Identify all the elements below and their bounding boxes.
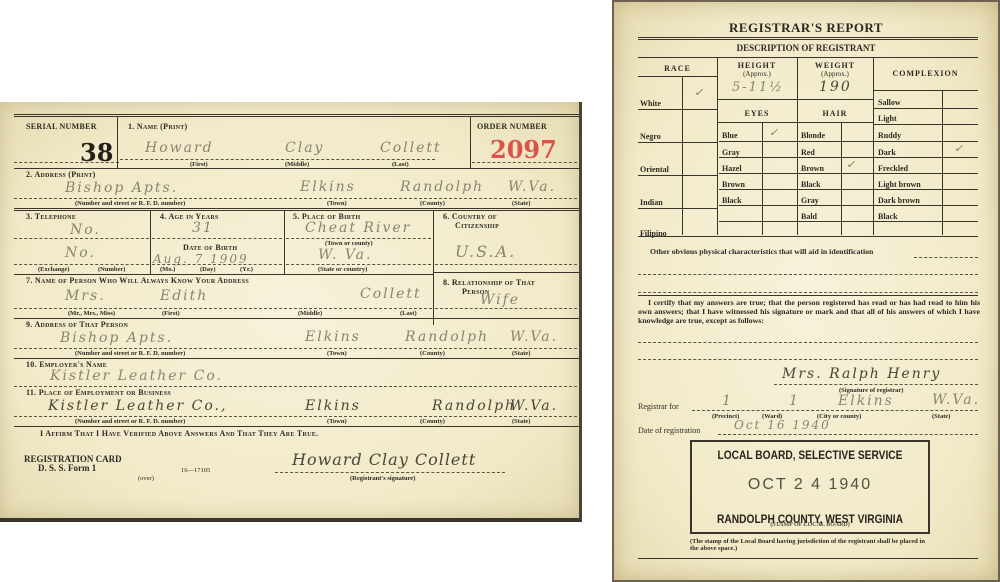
birthplace-town: Cheat River: [305, 220, 411, 236]
divider: [638, 359, 978, 360]
sub-label: (County): [420, 200, 445, 207]
city-value: Elkins: [838, 393, 894, 409]
race-option: Negro: [640, 132, 661, 141]
divider: [14, 198, 577, 199]
name-label: 1. Name (Print): [128, 122, 188, 131]
complexion-check-icon: ✓: [954, 142, 963, 155]
employment-place-county: Randolph: [432, 398, 516, 414]
divider: [682, 76, 683, 235]
sub-label: (Number and street or R. F. D. number): [75, 350, 185, 357]
sub-label: (Town or county): [325, 240, 373, 247]
sub-label: (Number and street or R. F. D. number): [75, 418, 185, 425]
divider: [942, 90, 943, 235]
race-option: White: [640, 99, 661, 108]
hair-option: Bald: [801, 212, 817, 221]
race-option: Indian: [640, 198, 663, 207]
registrant-signature: Howard Clay Collett: [292, 450, 476, 469]
divider: [638, 295, 978, 296]
sub-label: (State): [932, 413, 950, 420]
address-street: Bishop Apts.: [65, 180, 178, 196]
divider: [873, 90, 978, 91]
stamp-overprint: (STAMP OF LOCAL BOARD): [692, 522, 928, 528]
divider: [275, 472, 505, 473]
sub-label: (Middle): [298, 310, 322, 317]
divider: [14, 308, 432, 309]
sub-label: (State): [512, 200, 530, 207]
complexion-option: Ruddy: [878, 131, 901, 140]
contact-label: 7. Name of Person Who Will Always Know Y…: [26, 276, 249, 285]
divider: [435, 264, 577, 265]
citizenship-label: 6. Country of: [443, 212, 497, 221]
divider: [841, 122, 842, 235]
eye-option: Hazel: [722, 164, 742, 173]
order-number-label: ORDER NUMBER: [477, 122, 547, 131]
complexion-option: Dark: [878, 148, 896, 157]
race-check-icon: ✓: [694, 86, 703, 99]
eyes-header: EYES: [717, 109, 797, 118]
sub-label: (Last): [400, 310, 417, 317]
divider: [719, 205, 978, 206]
divider: [638, 175, 717, 176]
name-last: Collett: [380, 140, 442, 156]
height-sub: (Approx.): [717, 70, 797, 78]
complexion-option: Light: [878, 114, 897, 123]
contact-address-state: W.Va.: [510, 329, 558, 345]
divider: [638, 57, 978, 58]
precinct-value: 1: [722, 393, 733, 409]
divider: [152, 238, 282, 239]
relationship-value: Wife: [480, 292, 520, 308]
divider: [286, 264, 431, 265]
employer-value: Kistler Leather Co.: [50, 368, 223, 384]
divider: [14, 162, 119, 163]
hair-option: Brown: [801, 164, 824, 173]
divider: [14, 318, 579, 319]
citizenship-value: U.S.A.: [455, 242, 516, 261]
eye-option: Blue: [722, 131, 738, 140]
date-of-registration-value: Oct 16 1940: [734, 418, 831, 432]
race-header: RACE: [638, 64, 717, 73]
height-value: 5-11½: [732, 80, 784, 95]
date-of-registration-label: Date of registration: [638, 426, 700, 435]
divider: [14, 426, 579, 427]
name-first: Howard: [145, 140, 214, 156]
telephone-label: 3. Telephone: [26, 212, 76, 221]
divider: [719, 189, 978, 190]
contact-address-county: Randolph: [405, 329, 489, 345]
divider: [692, 410, 978, 411]
age-value: 31: [192, 220, 214, 236]
hair-option: Gray: [801, 196, 819, 205]
order-number: 2097: [490, 135, 557, 164]
sub-label: (Number): [98, 266, 125, 273]
over-note: (over): [138, 475, 154, 482]
eye-option: Gray: [722, 148, 740, 157]
divider: [719, 221, 978, 222]
divider: [638, 274, 978, 275]
top-rule: [14, 114, 579, 117]
sub-label: (First): [162, 310, 180, 317]
divider: [638, 142, 717, 143]
divider: [719, 173, 978, 174]
weight-value: 190: [819, 79, 852, 95]
employment-place-town: Elkins: [305, 398, 361, 414]
stamp-title: LOCAL BOARD, SELECTIVE SERVICE: [710, 448, 911, 462]
divider: [873, 124, 978, 125]
address-label: 2. Address (Print): [26, 170, 96, 179]
divider: [638, 292, 978, 293]
form-name: D. S. S. Form 1: [38, 463, 96, 473]
sub-label: (Town): [327, 350, 347, 357]
other-characteristics-label: Other obvious physical characteristics t…: [650, 248, 873, 257]
contact-last: Collett: [360, 286, 422, 302]
divider: [435, 308, 577, 309]
divider: [14, 348, 577, 349]
weight-sub: (Approx.): [797, 70, 873, 78]
certification-text: I certify that my answers are true; that…: [638, 299, 980, 326]
complexion-option: Dark brown: [878, 196, 920, 205]
local-board-stamp: LOCAL BOARD, SELECTIVE SERVICE OCT 2 4 1…: [690, 440, 930, 534]
divider: [638, 208, 717, 209]
complexion-option: Black: [878, 212, 898, 221]
sub-label: (State): [512, 418, 530, 425]
divider: [152, 264, 282, 265]
sub-label: (Day): [200, 266, 216, 273]
registrar-for-label: Registrar for: [638, 402, 679, 411]
sub-label: (Number and street or R. F. D. number): [75, 200, 185, 207]
serial-number-label: SERIAL NUMBER: [26, 122, 97, 131]
address-county: Randolph: [400, 179, 484, 195]
divider: [434, 272, 579, 273]
complexion-header: COMPLEXION: [873, 69, 978, 78]
divider: [774, 384, 978, 385]
complexion-option: Freckled: [878, 164, 908, 173]
registration-card-front: SERIAL NUMBER 38 1. Name (Print) Howard …: [0, 102, 582, 522]
contact-address-label: 9. Address of That Person: [26, 320, 128, 329]
sub-label: (Mr., Mrs., Miss): [68, 310, 115, 317]
divider: [14, 208, 579, 211]
sub-label: (State or country): [318, 266, 367, 273]
stamp-note: (The stamp of the Local Board having jur…: [690, 538, 930, 553]
sub-label: (State): [512, 350, 530, 357]
employment-place-state: W.Va.: [510, 398, 558, 414]
ward-value: 1: [789, 393, 800, 409]
contact-address-street: Bishop Apts.: [60, 330, 173, 346]
telephone-exchange: No.: [70, 222, 101, 238]
divider: [717, 122, 873, 123]
sub-label: (Town): [327, 200, 347, 207]
sub-label: (Middle): [285, 161, 309, 168]
divider: [286, 238, 431, 239]
divider: [284, 210, 285, 274]
divider: [638, 342, 978, 343]
hair-header: HAIR: [797, 109, 873, 118]
hair-option: Red: [801, 148, 815, 157]
divider: [873, 108, 978, 109]
sub-label: (County): [420, 418, 445, 425]
divider: [638, 37, 978, 40]
complexion-option: Sallow: [878, 98, 901, 107]
divider: [638, 76, 717, 77]
divider: [14, 264, 149, 265]
address-town: Elkins: [300, 179, 356, 195]
divider: [638, 109, 717, 110]
divider: [719, 157, 978, 158]
divider: [117, 116, 118, 168]
height-header: HEIGHT: [717, 61, 797, 70]
divider: [638, 558, 978, 559]
address-state: W.Va.: [508, 179, 556, 195]
divider: [873, 57, 874, 235]
description-subtitle: DESCRIPTION OF REGISTRANT: [614, 43, 998, 53]
citizenship-label: Citizenship: [455, 221, 499, 230]
birthplace-state: W. Va.: [318, 247, 372, 263]
divider: [914, 257, 978, 258]
telephone-number: No.: [65, 245, 96, 261]
relationship-label: 8. Relationship of That: [443, 278, 535, 287]
divider: [797, 57, 798, 235]
contact-title: Mrs.: [65, 288, 106, 304]
sub-label: (Exchange): [38, 266, 69, 273]
divider: [14, 416, 577, 417]
divider: [719, 141, 978, 142]
eyes-check-icon: ✓: [769, 126, 778, 139]
divider: [718, 434, 978, 435]
divider: [14, 358, 579, 359]
employment-place-street: Kistler Leather Co.,: [48, 398, 227, 414]
name-middle: Clay: [285, 140, 324, 156]
hair-check-icon: ✓: [846, 158, 855, 171]
report-title: REGISTRAR'S REPORT: [614, 20, 998, 36]
race-option: Oriental: [640, 165, 669, 174]
form-code: 16—17105: [181, 467, 210, 474]
contact-first: Edith: [160, 288, 208, 304]
divider: [472, 162, 577, 163]
divider: [717, 99, 873, 100]
divider: [717, 57, 718, 235]
hair-option: Black: [801, 180, 821, 189]
divider: [433, 210, 434, 325]
employment-place-label: 11. Place of Employment or Business: [26, 388, 171, 397]
divider: [762, 122, 763, 235]
contact-address-town: Elkins: [305, 329, 361, 345]
sub-label: (Last): [392, 161, 409, 168]
state-value: W.Va.: [932, 392, 980, 408]
divider: [14, 274, 434, 275]
complexion-option: Light brown: [878, 180, 921, 189]
divider: [150, 210, 151, 274]
eye-option: Black: [722, 196, 742, 205]
divider: [470, 116, 471, 168]
affirmation-text: I Affirm That I Have Verified Above Answ…: [40, 429, 318, 438]
divider: [120, 159, 435, 160]
signature-label: (Registrant's signature): [350, 475, 415, 482]
dob-label: Date of Birth: [183, 243, 237, 252]
divider: [14, 386, 577, 387]
sub-label: (County): [420, 350, 445, 357]
sub-label: (First): [190, 161, 208, 168]
sub-label: (Yr.): [240, 266, 253, 273]
stamp-date: OCT 2 4 1940: [692, 476, 928, 494]
divider: [638, 236, 978, 237]
hair-option: Blonde: [801, 131, 825, 140]
divider: [14, 168, 579, 169]
sub-label: (Town): [327, 418, 347, 425]
eye-option: Brown: [722, 180, 745, 189]
weight-header: WEIGHT: [797, 61, 873, 70]
sub-label: (Mo.): [160, 266, 175, 273]
registrars-report-back: REGISTRAR'S REPORT DESCRIPTION OF REGIST…: [612, 0, 1000, 582]
registrar-signature: Mrs. Ralph Henry: [782, 366, 941, 382]
divider: [14, 238, 149, 239]
